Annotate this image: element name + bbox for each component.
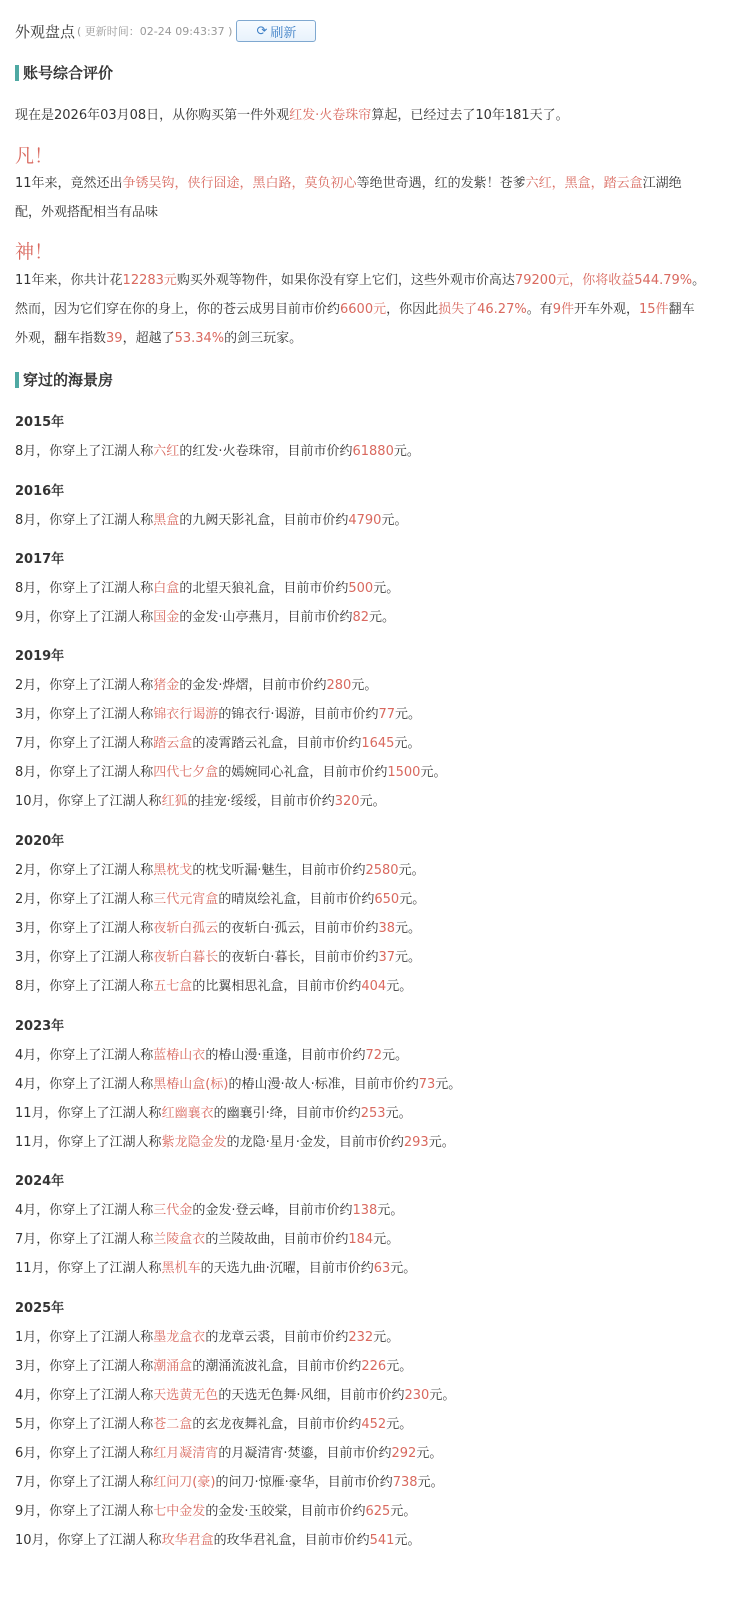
refresh-button[interactable]: ⟳ 刷新 xyxy=(236,20,316,42)
history-entry: 7月，你穿上了江湖人称兰陵盒衣的兰陵故曲，目前市价约184元。 xyxy=(15,1228,399,1247)
history-entry: 8月，你穿上了江湖人称四代七夕盒的嫣婉同心礼盒，目前市价约1500元。 xyxy=(15,761,446,780)
history-entry: 3月，你穿上了江湖人称夜斩白暮长的夜斩白·暮长，目前市价约37元。 xyxy=(15,946,421,965)
history-entry: 5月，你穿上了江湖人称苍二盒的玄龙夜舞礼盒，目前市价约452元。 xyxy=(15,1413,412,1432)
section-title-text: 账号综合评价 xyxy=(23,62,113,83)
history-entry: 8月，你穿上了江湖人称六红的红发·火卷珠帘，目前市价约61880元。 xyxy=(15,440,420,459)
history-entry: 10月，你穿上了江湖人称玫华君盒的玫华君礼盒，目前市价约541元。 xyxy=(15,1529,420,1548)
year-heading: 2015年 xyxy=(15,411,64,430)
history-entry: 4月，你穿上了江湖人称三代金的金发·登云峰，目前市价约138元。 xyxy=(15,1199,403,1218)
section-title-history: 穿过的海景房 xyxy=(15,369,113,390)
intro-text: 现在是2026年03月08日，从你购买第一件外观红发·火卷珠帘算起，已经过去了1… xyxy=(15,104,569,123)
year-heading: 2020年 xyxy=(15,830,64,849)
history-entry: 4月，你穿上了江湖人称黑椿山盒(标)的椿山漫·故人·标准，目前市价约73元。 xyxy=(15,1073,461,1092)
history-entry: 10月，你穿上了江湖人称红狐的挂宠·绥绥，目前市价约320元。 xyxy=(15,790,386,809)
history-entry: 11月，你穿上了江湖人称红幽襄衣的幽襄引·绛，目前市价约253元。 xyxy=(15,1102,412,1121)
year-heading: 2024年 xyxy=(15,1170,64,1189)
history-entry: 1月，你穿上了江湖人称墨龙盒衣的龙章云裘，目前市价约232元。 xyxy=(15,1326,399,1345)
history-entry: 7月，你穿上了江湖人称踏云盒的凌霄踏云礼盒，目前市价约1645元。 xyxy=(15,732,420,751)
page-header: 外观盘点 ( 更新时间：02-24 09:43:37 ) ⟳ 刷新 xyxy=(15,19,316,43)
history-entry: 2月，你穿上了江湖人称黑枕戈的枕戈听漏·魅生，目前市价约2580元。 xyxy=(15,859,425,878)
history-entry: 3月，你穿上了江湖人称潮涌盒的潮涌流波礼盒，目前市价约226元。 xyxy=(15,1355,412,1374)
verdict-shen-text-line2: 然而，因为它们穿在你的身上，你的苍云成男目前市价约6600元，你因此损失了46.… xyxy=(15,298,695,317)
refresh-label: 刷新 xyxy=(270,22,296,41)
year-heading: 2025年 xyxy=(15,1297,64,1316)
history-entry: 2月，你穿上了江湖人称三代元宵盒的晴岚绘礼盒，目前市价约650元。 xyxy=(15,888,425,907)
history-entry: 9月，你穿上了江湖人称国金的金发·山亭燕月，目前市价约82元。 xyxy=(15,606,395,625)
verdict-fan: 凡！ xyxy=(15,141,53,168)
verdict-fan-text: 11年来，竟然还出争锈吴钩，侠行囧途，黑白路，莫负初心等绝世奇遇，红的发紫！苍爹… xyxy=(15,172,682,191)
section-title-text: 穿过的海景房 xyxy=(23,369,113,390)
history-entry: 8月，你穿上了江湖人称五七盒的比翼相思礼盒，目前市价约404元。 xyxy=(15,975,412,994)
history-entry: 8月，你穿上了江湖人称黑盒的九阙天影礼盒，目前市价约4790元。 xyxy=(15,509,407,528)
history-entry: 11月，你穿上了江湖人称紫龙隐金发的龙隐·星月·金发，目前市价约293元。 xyxy=(15,1131,455,1150)
history-entry: 7月，你穿上了江湖人称红问刀(豪)的问刀·惊雁·豪华，目前市价约738元。 xyxy=(15,1471,444,1490)
refresh-icon: ⟳ xyxy=(257,24,268,39)
year-heading: 2019年 xyxy=(15,645,64,664)
year-heading: 2023年 xyxy=(15,1015,64,1034)
history-entry: 11月，你穿上了江湖人称黑机车的天选九曲·沉曜，目前市价约63元。 xyxy=(15,1257,416,1276)
page-title: 外观盘点 xyxy=(15,21,75,42)
history-entry: 6月，你穿上了江湖人称红月凝清宵的月凝清宵·焚鎏，目前市价约292元。 xyxy=(15,1442,442,1461)
verdict-shen: 神！ xyxy=(15,237,53,264)
section-accent-bar xyxy=(15,372,19,388)
history-entry: 3月，你穿上了江湖人称夜斩白孤云的夜斩白·孤云，目前市价约38元。 xyxy=(15,917,421,936)
history-entry: 8月，你穿上了江湖人称白盒的北望天狼礼盒，目前市价约500元。 xyxy=(15,577,399,596)
section-accent-bar xyxy=(15,65,19,81)
verdict-fan-text-line2: 配，外观搭配相当有品味 xyxy=(15,201,158,220)
update-time: ( 更新时间：02-24 09:43:37 ) xyxy=(77,23,232,39)
history-entry: 4月，你穿上了江湖人称蓝椿山衣的椿山漫·重逢，目前市价约72元。 xyxy=(15,1044,408,1063)
history-entry: 4月，你穿上了江湖人称天选黄无色的天选无色舞·风细，目前市价约230元。 xyxy=(15,1384,455,1403)
history-entry: 3月，你穿上了江湖人称锦衣行谒游的锦衣行·谒游，目前市价约77元。 xyxy=(15,703,421,722)
year-heading: 2017年 xyxy=(15,548,64,567)
history-entry: 9月，你穿上了江湖人称七中金发的金发·玉皎棠，目前市价约625元。 xyxy=(15,1500,416,1519)
verdict-shen-text-line3: 外观，翻车指数39，超越了53.34%的剑三玩家。 xyxy=(15,327,302,346)
section-title-evaluation: 账号综合评价 xyxy=(15,62,113,83)
history-entry: 2月，你穿上了江湖人称猪金的金发·烨熠，目前市价约280元。 xyxy=(15,674,377,693)
verdict-shen-text: 11年来，你共计花12283元购买外观等物件，如果你没有穿上它们，这些外观市价高… xyxy=(15,269,705,288)
year-heading: 2016年 xyxy=(15,480,64,499)
